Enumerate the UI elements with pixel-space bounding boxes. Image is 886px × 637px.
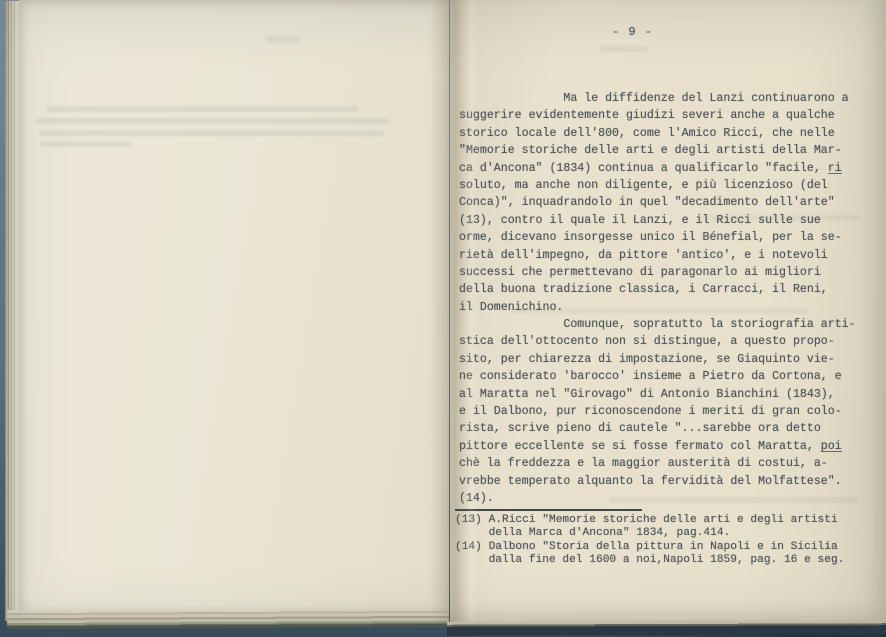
footnote-line: (13) A.Ricci "Memorie storiche delle art…: [455, 514, 844, 527]
book-scan-photo: - 9 - Ma le diffidenze del Lanzi continu…: [0, 0, 886, 637]
right-page-bottom-edge: [447, 620, 886, 636]
body-line: sito, per chiarezza di impostazione, se …: [459, 351, 856, 368]
body-line: (13), contro il quale il Lanzi, e il Ric…: [459, 212, 856, 229]
footnote-line: della Marca d'Ancona" 1834, pag.414.: [455, 527, 844, 540]
body-line: soluto, ma anche non diligente, e più li…: [459, 177, 856, 194]
body-line: rietà dell'impegno, da pittore 'antico',…: [459, 247, 856, 264]
ghost-text-line: [39, 130, 384, 136]
body-line: chè la freddezza e la maggior austerità …: [459, 455, 856, 472]
page-stack-bottom-edge: [7, 608, 449, 629]
underline-mark: [821, 451, 842, 452]
body-line: rista, scrive pieno di cautele "...sareb…: [459, 420, 856, 437]
body-line: "Memorie storiche delle arti e degli art…: [459, 142, 856, 159]
body-line: della buona tradizione classica, i Carra…: [459, 281, 856, 298]
body-line: stica dell'ottocento non si distingue, a…: [459, 333, 856, 350]
body-line: ca d'Ancona" (1834) continua a qualifica…: [459, 160, 856, 177]
ghost-text-line: [41, 141, 131, 147]
footnotes: (13) A.Ricci "Memorie storiche delle art…: [455, 514, 844, 568]
body-line: Conca)", inquadrandolo in quel "decadime…: [459, 194, 856, 211]
underline-mark: [828, 173, 842, 174]
page-number: - 9 -: [612, 25, 653, 39]
body-line: vrebbe temperato alquanto la fervidità d…: [459, 473, 856, 490]
body-line: il Domenichino.: [459, 299, 856, 316]
body-line: al Maratta nel "Girovago" di Antonio Bia…: [459, 386, 856, 403]
footnote-line: (14) Dalbono "Storia della pittura in Na…: [455, 541, 844, 554]
body-line: successi che permettevano di paragonarlo…: [459, 264, 856, 281]
body-line: pittore eccellente se si fosse fermato c…: [459, 438, 856, 455]
typewritten-body: Ma le diffidenze del Lanzi continuarono …: [459, 90, 856, 507]
body-line: Ma le diffidenze del Lanzi continuarono …: [459, 90, 856, 107]
gutter-shadow: [430, 0, 478, 623]
body-line: e il Dalbono, pur riconoscendone i merit…: [459, 403, 856, 420]
footnote-line: dalla fine del 1600 a noi,Napoli 1859, p…: [455, 554, 844, 567]
ghost-page-number: [600, 46, 648, 52]
ghost-page-number: [266, 36, 300, 43]
ghost-text-line: [46, 106, 358, 112]
footnote-separator: [455, 509, 642, 511]
body-line: suggerire evidentemente giudizi severi a…: [459, 107, 856, 124]
body-line: storico locale dell'800, come l'Amico Ri…: [459, 125, 856, 142]
left-page-blank: [19, 0, 449, 611]
right-page: - 9 - Ma le diffidenze del Lanzi continu…: [450, 0, 886, 625]
body-line: orme, dicevano insorgesse unico il Bénef…: [459, 229, 856, 246]
body-line: Comunque, sopratutto la storiografia art…: [459, 316, 856, 333]
ghost-text-line: [36, 118, 389, 124]
page-stack-left-edge: [5, 1, 19, 621]
body-line: (14).: [459, 490, 856, 507]
body-line: ne considerato 'barocco' insieme a Pietr…: [459, 368, 856, 385]
